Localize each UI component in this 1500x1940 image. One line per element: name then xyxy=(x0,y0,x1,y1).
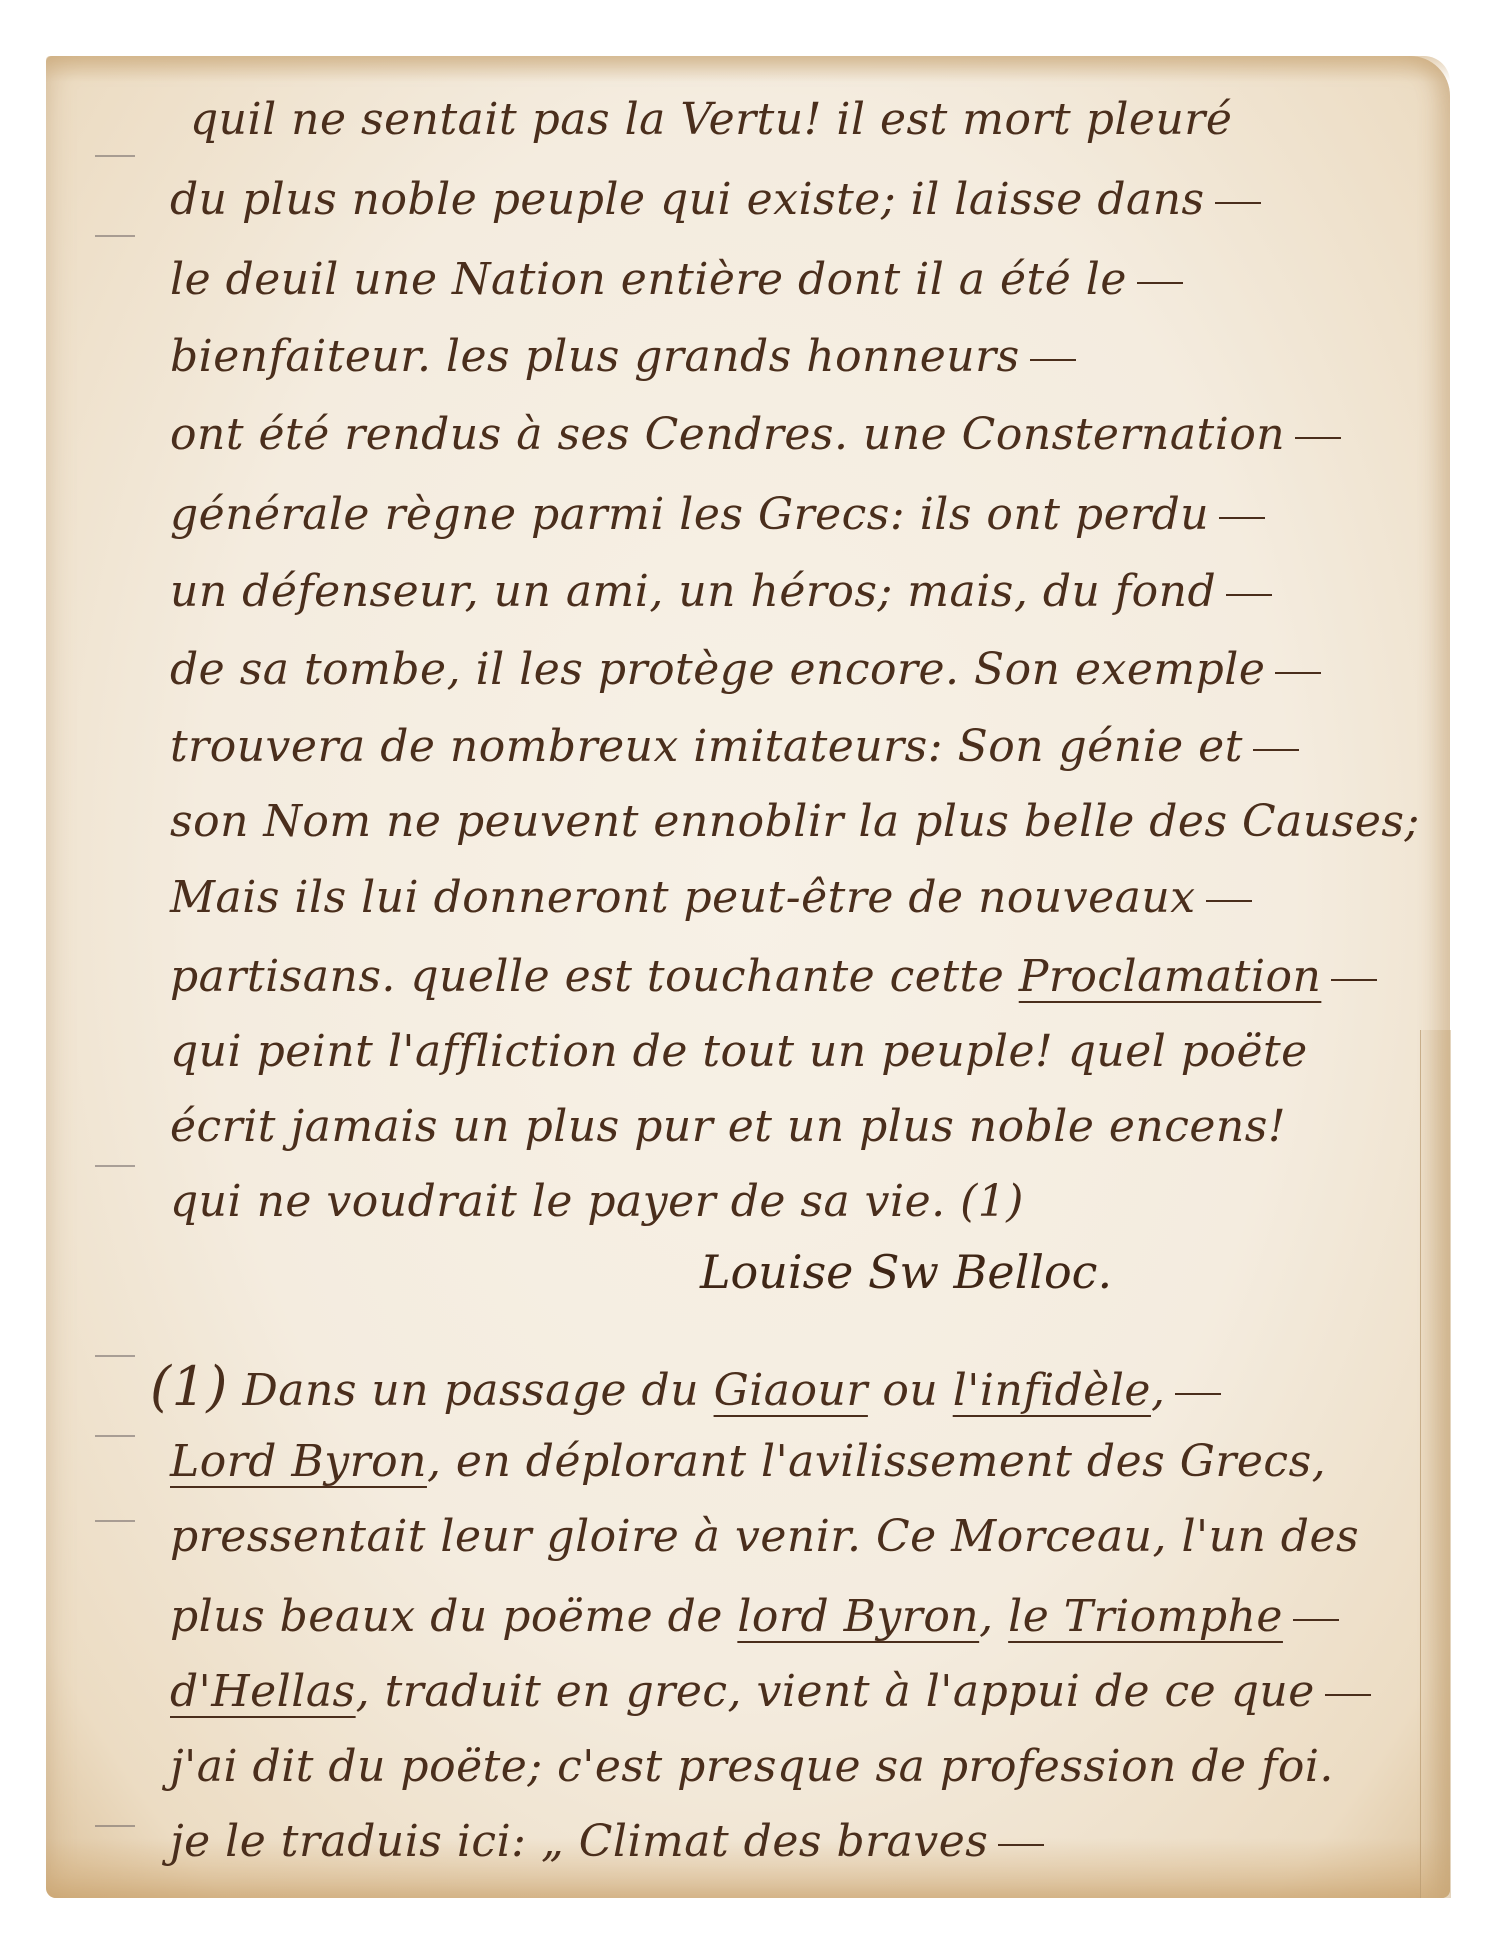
line-filler-dash xyxy=(1275,672,1321,674)
text-line-6: générale règne parmi les Grecs: ils ont … xyxy=(170,493,1265,537)
underlined-title: Giaour xyxy=(714,1365,868,1416)
text-line-7: un défenseur, un ami, un héros; mais, du… xyxy=(170,570,1272,614)
text: ont été rendus à ses Cendres. une Conste… xyxy=(170,409,1285,460)
text: , en déplorant l'avilissement des Grecs, xyxy=(427,1436,1326,1487)
text: , xyxy=(979,1591,1008,1642)
text: , xyxy=(1151,1365,1166,1416)
line-filler-dash xyxy=(1219,517,1265,519)
footnote-line-7: je le traduis ici: „ Climat des braves xyxy=(170,1820,1044,1864)
text-line-12: partisans. quelle est touchante cette Pr… xyxy=(170,955,1377,999)
underlined-title: le Triomphe xyxy=(1008,1591,1283,1642)
text-line-10: son Nom ne peuvent ennoblir la plus bell… xyxy=(170,800,1420,844)
text: générale règne parmi les Grecs: ils ont … xyxy=(170,489,1209,540)
margin-tick xyxy=(95,1825,135,1827)
text-line-14: écrit jamais un plus pur et un plus nobl… xyxy=(170,1105,1286,1149)
text-line-3: le deuil une Nation entière dont il a ét… xyxy=(170,258,1183,302)
underlined-title: l'infidèle xyxy=(953,1365,1151,1416)
footnote-line-1: (1) Dans un passage du Giaour ou l'infid… xyxy=(150,1360,1221,1414)
signature: Louise Sw Belloc. xyxy=(700,1245,1112,1299)
text: qui peint l'affliction de tout un peuple… xyxy=(170,1026,1308,1077)
line-filler-dash xyxy=(1331,979,1377,981)
line-filler-dash xyxy=(1137,282,1183,284)
line-filler-dash xyxy=(1293,1619,1339,1621)
underlined-name: lord Byron xyxy=(737,1591,979,1642)
text: un défenseur, un ami, un héros; mais, du… xyxy=(170,566,1216,617)
text: écrit jamais un plus pur et un plus nobl… xyxy=(170,1101,1286,1152)
line-filler-dash xyxy=(1295,437,1341,439)
margin-tick xyxy=(95,1520,135,1522)
text: bienfaiteur. les plus grands honneurs xyxy=(170,331,1020,382)
margin-tick xyxy=(95,155,135,157)
underlined-word: Proclamation xyxy=(1019,951,1322,1002)
margin-tick xyxy=(95,1435,135,1437)
text: , traduit en grec, vient à l'appui de ce… xyxy=(356,1666,1315,1717)
text-line-5: ont été rendus à ses Cendres. une Conste… xyxy=(170,413,1341,457)
footnote-marker: (1) xyxy=(150,1355,228,1418)
text-line-9: trouvera de nombreux imitateurs: Son gén… xyxy=(170,725,1299,769)
margin-tick xyxy=(95,235,135,237)
line-filler-dash xyxy=(1325,1694,1371,1696)
text: du plus noble peuple qui existe; il lais… xyxy=(170,174,1205,225)
page-fold-edge xyxy=(1420,1030,1451,1898)
underlined-title: d'Hellas xyxy=(170,1666,356,1717)
line-filler-dash xyxy=(1206,900,1252,902)
text: son Nom ne peuvent ennoblir la plus bell… xyxy=(170,796,1420,847)
footnote-line-6: j'ai dit du poëte; c'est presque sa prof… xyxy=(170,1745,1334,1789)
text-line-13: qui peint l'affliction de tout un peuple… xyxy=(170,1030,1308,1074)
text-line-4: bienfaiteur. les plus grands honneurs xyxy=(170,335,1076,379)
margin-tick xyxy=(95,1355,135,1357)
text: ou xyxy=(868,1365,953,1416)
text-line-8: de sa tombe, il les protège encore. Son … xyxy=(170,648,1321,692)
footnote-line-2: Lord Byron, en déplorant l'avilissement … xyxy=(170,1440,1326,1484)
line-filler-dash xyxy=(1215,202,1261,204)
text: de sa tombe, il les protège encore. Son … xyxy=(170,644,1265,695)
line-filler-dash xyxy=(1175,1393,1221,1395)
text: partisans. quelle est touchante cette xyxy=(170,951,1019,1002)
line-filler-dash xyxy=(1030,359,1076,361)
text: Dans un passage du xyxy=(243,1365,714,1416)
footnote-line-5: d'Hellas, traduit en grec, vient à l'app… xyxy=(170,1670,1371,1714)
footnote-line-4: plus beaux du poëme de lord Byron, le Tr… xyxy=(170,1595,1339,1639)
text-line-2: du plus noble peuple qui existe; il lais… xyxy=(170,178,1261,222)
text: j'ai dit du poëte; c'est presque sa prof… xyxy=(170,1741,1334,1792)
text: je le traduis ici: „ Climat des braves xyxy=(170,1816,988,1867)
text: quil ne sentait pas la Vertu! il est mor… xyxy=(190,94,1232,145)
underlined-name: Lord Byron xyxy=(170,1436,427,1487)
footnote-line-3: pressentait leur gloire à venir. Ce Morc… xyxy=(170,1515,1359,1559)
text: plus beaux du poëme de xyxy=(170,1591,737,1642)
text: qui ne voudrait le payer de sa vie. (1) xyxy=(170,1176,1024,1227)
line-filler-dash xyxy=(1253,749,1299,751)
text: trouvera de nombreux imitateurs: Son gén… xyxy=(170,721,1243,772)
margin-tick xyxy=(95,1165,135,1167)
text-line-15: qui ne voudrait le payer de sa vie. (1) xyxy=(170,1180,1024,1224)
text: pressentait leur gloire à venir. Ce Morc… xyxy=(170,1511,1359,1562)
text: le deuil une Nation entière dont il a ét… xyxy=(170,254,1127,305)
line-filler-dash xyxy=(1226,594,1272,596)
text: Mais ils lui donneront peut-être de nouv… xyxy=(170,872,1196,923)
line-filler-dash xyxy=(998,1844,1044,1846)
text-line-11: Mais ils lui donneront peut-être de nouv… xyxy=(170,876,1252,920)
text-line-1: quil ne sentait pas la Vertu! il est mor… xyxy=(190,98,1232,142)
